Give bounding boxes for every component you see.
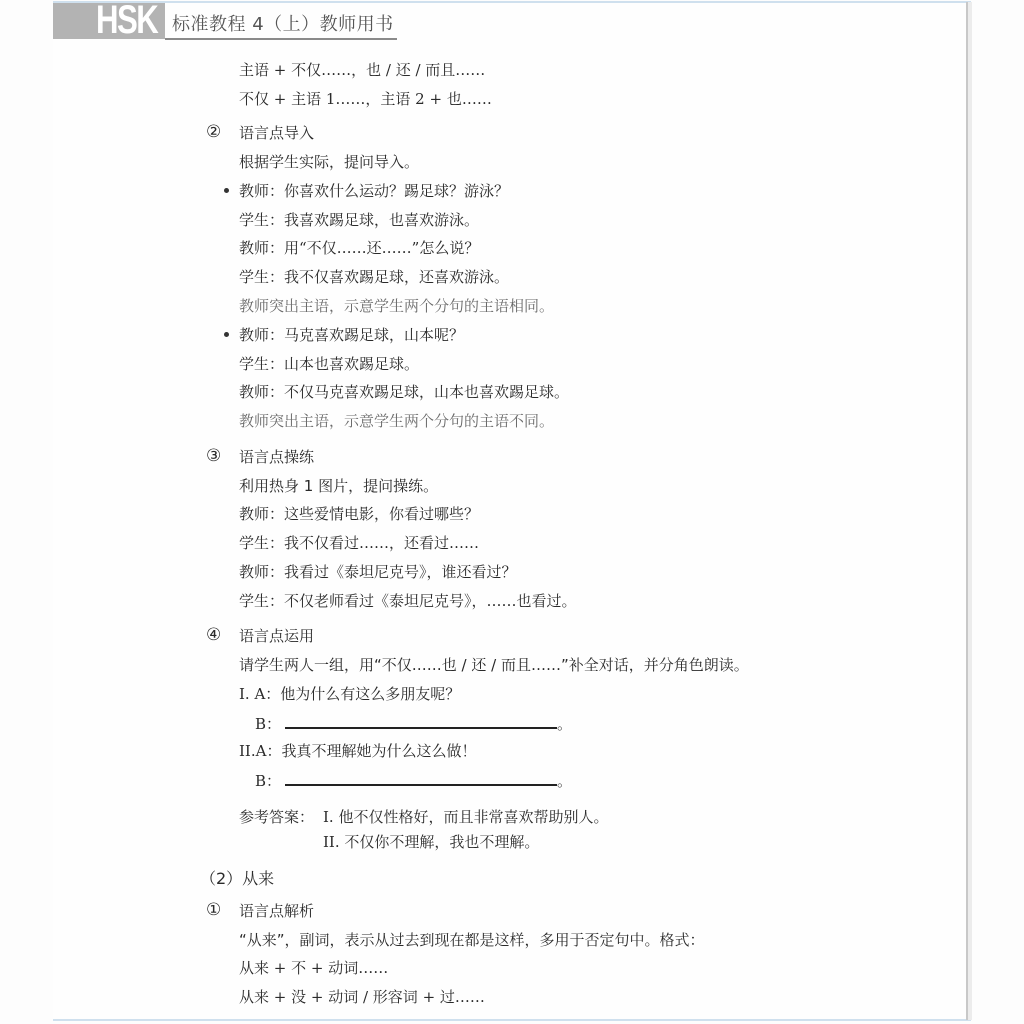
step-intro: 根据学生实际，提问导入。 xyxy=(239,152,419,172)
answer-label: 参考答案： xyxy=(239,807,314,827)
bullet-icon xyxy=(224,332,229,337)
step-title: 语言点操练 xyxy=(239,447,314,467)
step-title: 语言点解析 xyxy=(239,901,314,921)
exercise-answer: B：。 xyxy=(255,770,572,791)
explanation-text: “从来”，副词，表示从过去到现在都是这样，多用于否定句中。格式： xyxy=(239,930,705,950)
dialogue-line: 学生：我不仅喜欢踢足球，还喜欢游泳。 xyxy=(239,267,509,287)
hsk-logo: HSK xyxy=(96,0,157,40)
speaker-label: II.A： xyxy=(239,742,281,760)
step-number: ② xyxy=(206,122,221,142)
step-number: ① xyxy=(206,900,221,920)
dialogue-line: 教师：用“不仅……还……”怎么说？ xyxy=(239,238,479,258)
format-line: 从来 + 没 + 动词 / 形容词 + 过…… xyxy=(239,987,485,1007)
step-number: ③ xyxy=(206,446,221,466)
reference-answer: II. 不仅你不理解，我也不理解。 xyxy=(323,832,539,852)
dialogue-line: 学生：不仅老师看过《泰坦尼克号》，……也看过。 xyxy=(239,591,577,611)
section-title: （2）从来 xyxy=(200,869,274,889)
question-text: 我真不理解她为什么这么做！ xyxy=(281,742,476,760)
dialogue-line: 学生：我喜欢踢足球，也喜欢游泳。 xyxy=(239,210,479,230)
step-title: 语言点导入 xyxy=(239,123,314,143)
exercise-question: I. A：他为什么有这么多朋友呢？ xyxy=(239,684,460,704)
dialogue-line: 学生：山本也喜欢踢足球。 xyxy=(239,354,419,374)
header-underline xyxy=(165,38,397,40)
document-page xyxy=(53,3,966,1019)
answer-blank[interactable] xyxy=(285,770,557,786)
step-number: ④ xyxy=(206,625,221,645)
step-title: 语言点运用 xyxy=(239,626,314,646)
page-top-border xyxy=(53,1,971,3)
page-bottom-border xyxy=(53,1019,971,1021)
dialogue-line: 学生：我不仅看过……，还看过…… xyxy=(239,533,479,553)
format-line: 主语 + 不仅……，也 / 还 / 而且…… xyxy=(239,60,485,80)
page-header-title: 标准教程 4（上）教师用书 xyxy=(172,10,394,36)
exercise-answer: B：。 xyxy=(255,713,572,734)
dialogue-line: 教师：这些爱情电影，你看过哪些？ xyxy=(239,504,479,524)
answer-blank[interactable] xyxy=(285,713,557,729)
format-line: 从来 + 不 + 动词…… xyxy=(239,958,388,978)
speaker-label: B： xyxy=(255,772,281,790)
speaker-label: I. A： xyxy=(239,685,280,703)
teacher-note: 教师突出主语，示意学生两个分句的主语不同。 xyxy=(239,411,554,431)
dialogue-line: 教师：不仅马克喜欢踢足球，山本也喜欢踢足球。 xyxy=(239,382,569,402)
scrollbar[interactable] xyxy=(968,2,972,1020)
step-intro: 请学生两人一组，用“不仅……也 / 还 / 而且……”补全对话，并分角色朗读。 xyxy=(239,655,749,675)
dialogue-line: 教师：我看过《泰坦尼克号》，谁还看过？ xyxy=(239,562,517,582)
teacher-note: 教师突出主语，示意学生两个分句的主语相同。 xyxy=(239,296,554,316)
bullet-icon xyxy=(224,188,229,193)
exercise-question: II.A：我真不理解她为什么这么做！ xyxy=(239,741,476,761)
period: 。 xyxy=(557,772,572,790)
dialogue-line: 教师：马克喜欢踢足球，山本呢？ xyxy=(239,325,464,345)
dialogue-line: 教师：你喜欢什么运动？踢足球？游泳？ xyxy=(239,181,509,201)
format-line: 不仅 + 主语 1……，主语 2 + 也…… xyxy=(239,89,492,109)
step-intro: 利用热身 1 图片，提问操练。 xyxy=(239,476,438,496)
question-text: 他为什么有这么多朋友呢？ xyxy=(280,685,460,703)
reference-answer: I. 他不仅性格好，而且非常喜欢帮助别人。 xyxy=(323,807,608,827)
period: 。 xyxy=(557,715,572,733)
speaker-label: B： xyxy=(255,715,281,733)
